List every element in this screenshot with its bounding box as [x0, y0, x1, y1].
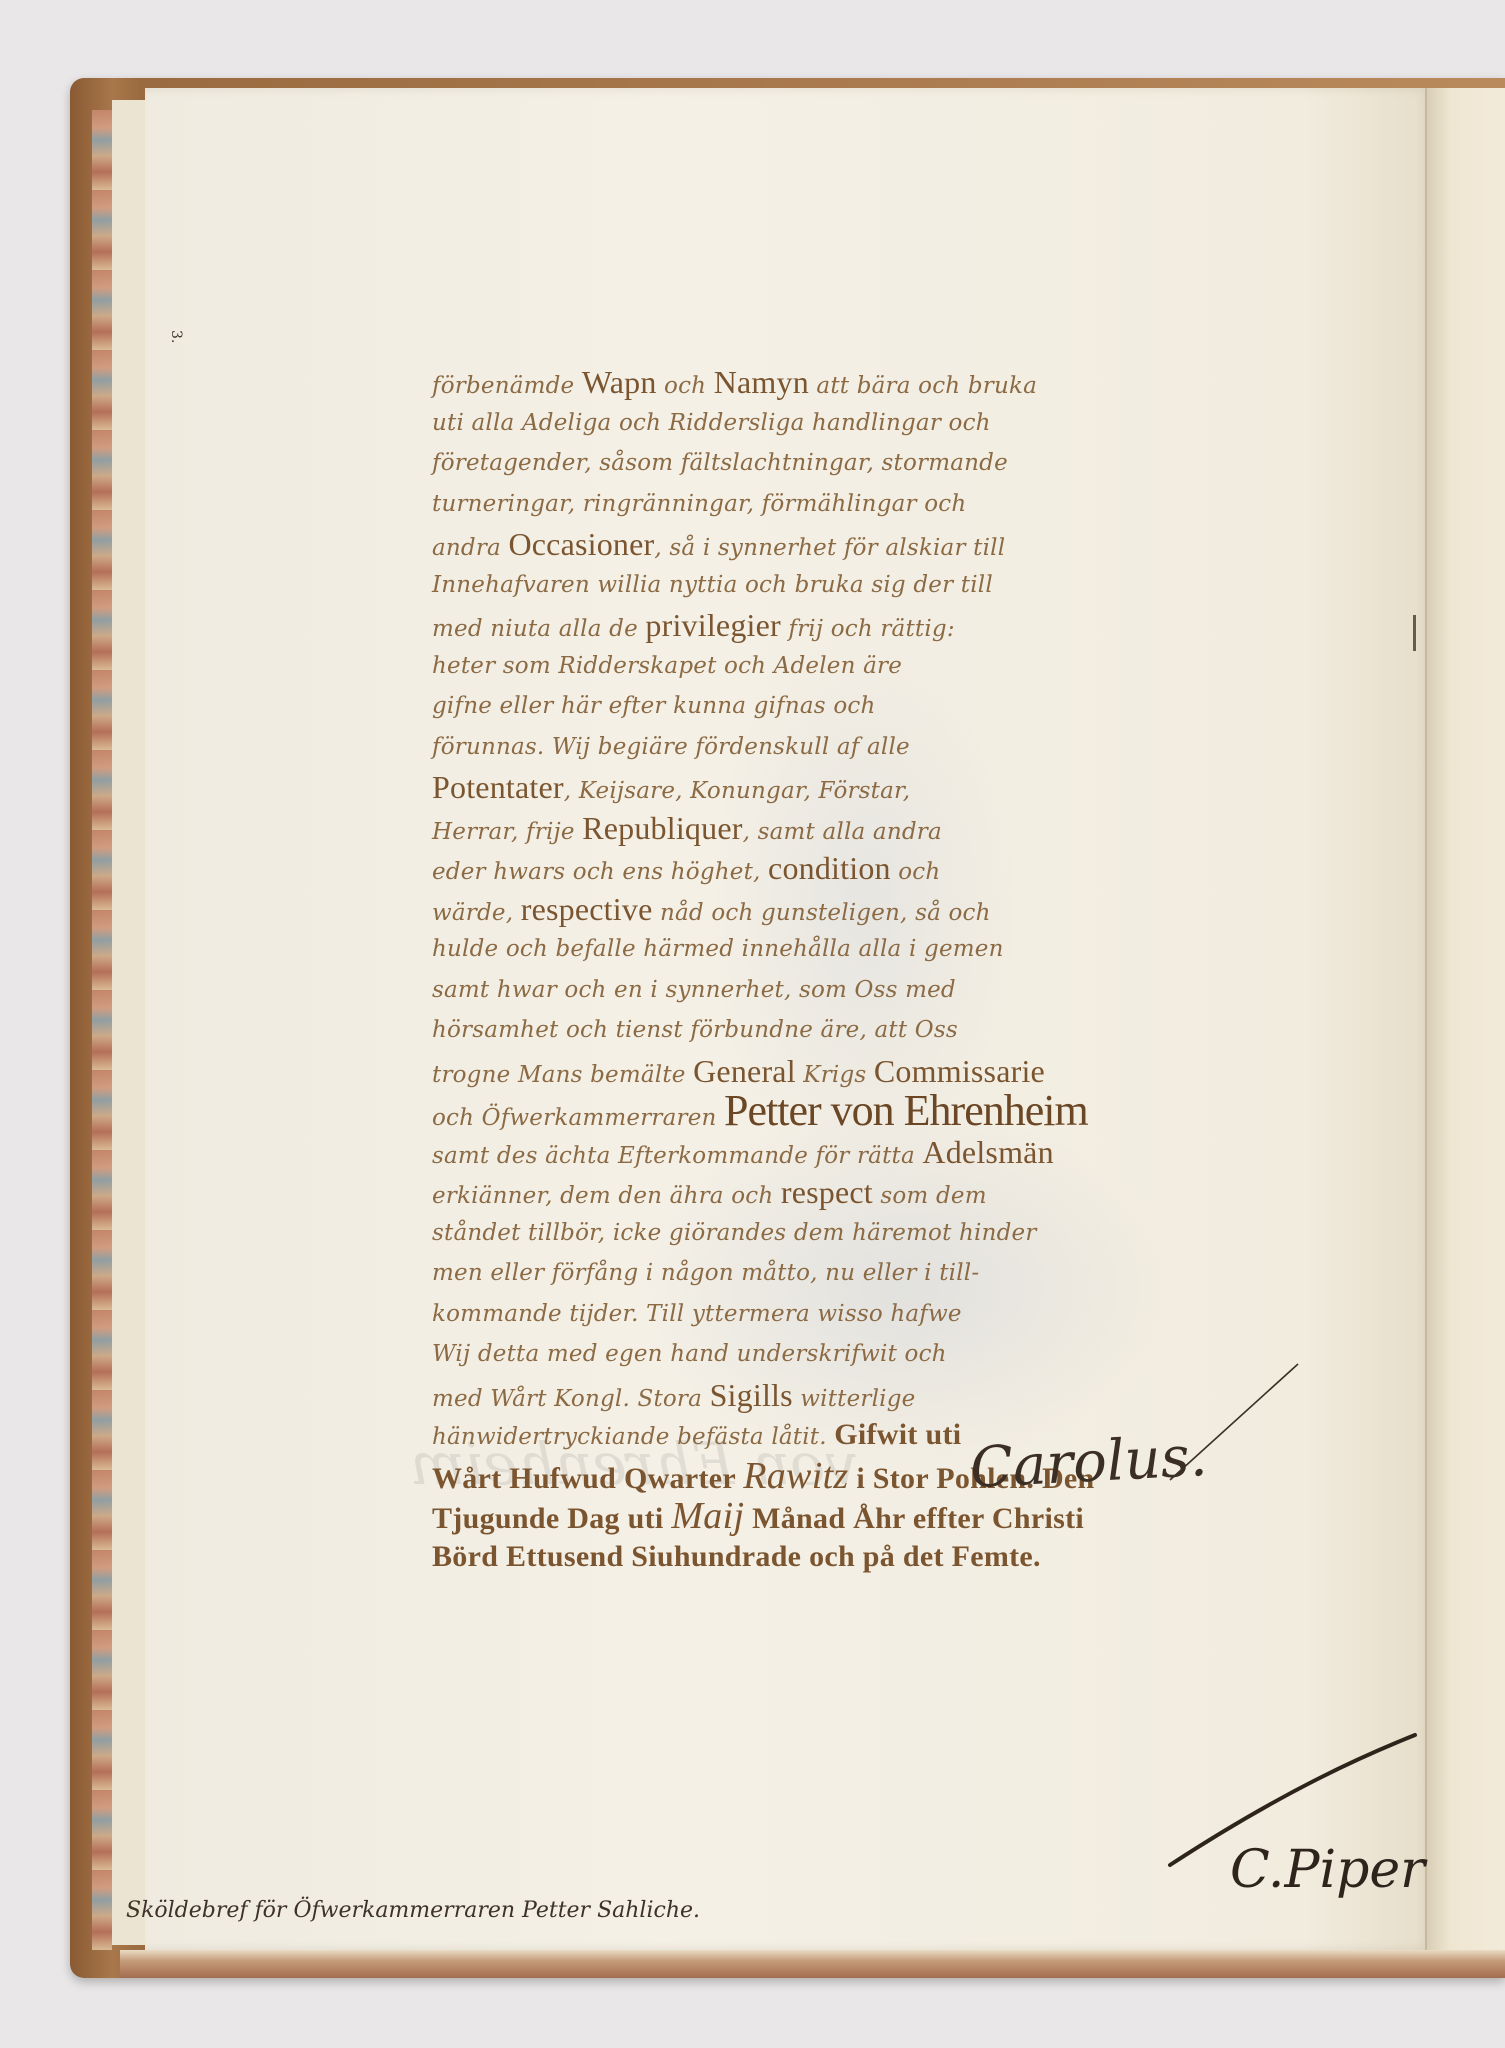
line-text: förbenämde: [432, 373, 582, 399]
formal-text: Tjugunde Dag uti: [432, 1502, 671, 1535]
manuscript-line: förunnas. Wij begiäre fördenskull af all…: [432, 727, 1312, 768]
line-text: erkiänner, dem den ähra och: [432, 1183, 781, 1209]
emphasized-word: privilegier: [645, 607, 780, 643]
emphasized-word: Republiquer: [582, 810, 742, 846]
place-or-month-name: Maij: [671, 1495, 744, 1537]
emphasized-word: Wapn: [582, 364, 657, 400]
emphasized-word: condition: [768, 850, 891, 886]
line-text: Herrar, frije: [432, 819, 582, 845]
emphasized-word: Potentater: [432, 769, 564, 805]
line-text: frij och rättig:: [781, 616, 955, 642]
line-text: företagender, såsom fältslachtningar, st…: [432, 450, 1008, 476]
manuscript-line: Herrar, frije Republiquer, samt alla and…: [432, 808, 1312, 849]
manuscript-line: gifne eller här efter kunna gifnas och: [432, 686, 1312, 727]
manuscript-line: ståndet tillbör, icke giörandes dem häre…: [432, 1213, 1312, 1254]
line-text: gifne eller här efter kunna gifnas och: [432, 693, 875, 719]
margin-page-mark: 3.: [168, 330, 184, 343]
line-text: , så i synnerhet för alskiar till: [654, 535, 1005, 561]
book-bottom-edge: [120, 1950, 1505, 1978]
line-text: hulde och befalle härmed innehålla alla …: [432, 936, 1004, 962]
emphasized-word: Adelsmän: [922, 1134, 1053, 1170]
line-text: kommande tijder. Till yttermera wisso ha…: [432, 1301, 962, 1327]
manuscript-line: och Öfwerkammerraren Petter von Ehrenhei…: [432, 1091, 1312, 1132]
manuscript-line: andra Occasioner, så i synnerhet för als…: [432, 524, 1312, 565]
line-text: witterlige: [793, 1386, 916, 1412]
manuscript-line: hulde och befalle härmed innehålla alla …: [432, 929, 1312, 970]
line-text: , samt alla andra: [743, 819, 942, 845]
manuscript-line: företagender, såsom fältslachtningar, st…: [432, 443, 1312, 484]
formal-text: Wårt Hufwud Qwarter: [432, 1462, 743, 1495]
line-text: med Wårt Kongl. Stora: [432, 1386, 710, 1412]
margin-tick-mark: [1413, 615, 1416, 651]
emphasized-word: respective: [521, 891, 653, 927]
place-or-month-name: Rawitz: [743, 1455, 848, 1497]
manuscript-line: samt hwar och en i synnerhet, som Oss me…: [432, 970, 1312, 1011]
line-text: samt hwar och en i synnerhet, som Oss me…: [432, 977, 956, 1003]
manuscript-line: kommande tijder. Till yttermera wisso ha…: [432, 1294, 1312, 1335]
line-text: turneringar, ringränningar, förmählingar…: [432, 491, 966, 517]
manuscript-line: uti alla Adeliga och Riddersliga handlin…: [432, 403, 1312, 444]
line-text: Wij detta med egen hand underskrifwit oc…: [432, 1341, 947, 1367]
emphasized-word: respect: [781, 1174, 873, 1210]
line-text: uti alla Adeliga och Riddersliga handlin…: [432, 410, 991, 436]
emphasized-word: Commissarie: [874, 1053, 1045, 1089]
manuscript-line: samt des ächta Efterkommande för rätta A…: [432, 1132, 1312, 1173]
manuscript-line: turneringar, ringränningar, förmählingar…: [432, 484, 1312, 525]
line-text: och: [657, 373, 714, 399]
formal-text: Börd Ettusend Siuhundrade och på det Fem…: [432, 1540, 1041, 1573]
line-text: att bära och bruka: [809, 373, 1037, 399]
line-text: Innehafvaren willia nyttia och bruka sig…: [432, 572, 993, 598]
line-text: men eller förfång i någon måtto, nu elle…: [432, 1260, 979, 1286]
manuscript-line: förbenämde Wapn och Namyn att bära och b…: [432, 362, 1312, 403]
line-text: andra: [432, 535, 508, 561]
line-text: wärde,: [432, 900, 521, 926]
line-text: trogne Mans bemälte: [432, 1062, 693, 1088]
dating-clause-line: Tjugunde Dag uti Maij Månad Åhr effter C…: [432, 1496, 1312, 1537]
line-text: nåd och gunsteligen, så och: [652, 900, 990, 926]
line-text: med niuta alla de: [432, 616, 645, 642]
emphasized-word: Namyn: [714, 364, 809, 400]
manuscript-line: trogne Mans bemälte General Krigs Commis…: [432, 1051, 1312, 1092]
ennobled-name: Petter von Ehrenheim: [724, 1086, 1088, 1135]
line-text: som dem: [873, 1183, 987, 1209]
line-text: ståndet tillbör, icke giörandes dem häre…: [432, 1220, 1037, 1246]
manuscript-line: Innehafvaren willia nyttia och bruka sig…: [432, 565, 1312, 606]
manuscript-line: med niuta alla de privilegier frij och r…: [432, 605, 1312, 646]
emphasized-word: General: [693, 1053, 796, 1089]
manuscript-line: eder hwars och ens höghet, condition och: [432, 848, 1312, 889]
manuscript-line: Potentater, Keijsare, Konungar, Förstar,: [432, 767, 1312, 808]
line-text: eder hwars och ens höghet,: [432, 859, 768, 885]
line-text: och Öfwerkammerraren: [432, 1105, 724, 1131]
emphasized-word: Occasioner: [508, 526, 654, 562]
facing-page-edge: [1425, 88, 1505, 1950]
line-text: och: [891, 859, 941, 885]
line-text: , Keijsare, Konungar, Förstar,: [564, 778, 911, 804]
formal-script-text: Gifwit uti: [834, 1418, 961, 1451]
footer-annotation: Sköldebref för Öfwerkammerraren Petter S…: [126, 1898, 700, 1923]
manuscript-line: heter som Ridderskapet och Adelen äre: [432, 646, 1312, 687]
marbled-endpaper: [92, 110, 112, 1950]
line-text: hänwidertryckiande befästa låtit.: [432, 1424, 834, 1450]
formal-text: Månad Åhr effter Christi: [744, 1502, 1084, 1535]
emphasized-word: Sigills: [710, 1377, 793, 1413]
royal-signature: Carolus.: [968, 1424, 1208, 1501]
line-text: Krigs: [796, 1062, 874, 1088]
dating-clause-line: Börd Ettusend Siuhundrade och på det Fem…: [432, 1537, 1312, 1578]
manuscript-line: men eller förfång i någon måtto, nu elle…: [432, 1253, 1312, 1294]
line-text: heter som Ridderskapet och Adelen äre: [432, 653, 902, 679]
manuscript-line: hörsamhet och tienst förbundne äre, att …: [432, 1010, 1312, 1051]
line-text: samt des ächta Efterkommande för rätta: [432, 1143, 922, 1169]
countersignature: C.Piper: [1230, 1840, 1425, 1900]
manuscript-line: wärde, respective nåd och gunsteligen, s…: [432, 889, 1312, 930]
line-text: förunnas. Wij begiäre fördenskull af all…: [432, 734, 910, 760]
line-text: hörsamhet och tienst förbundne äre, att …: [432, 1017, 958, 1043]
manuscript-line: erkiänner, dem den ähra och respect som …: [432, 1172, 1312, 1213]
